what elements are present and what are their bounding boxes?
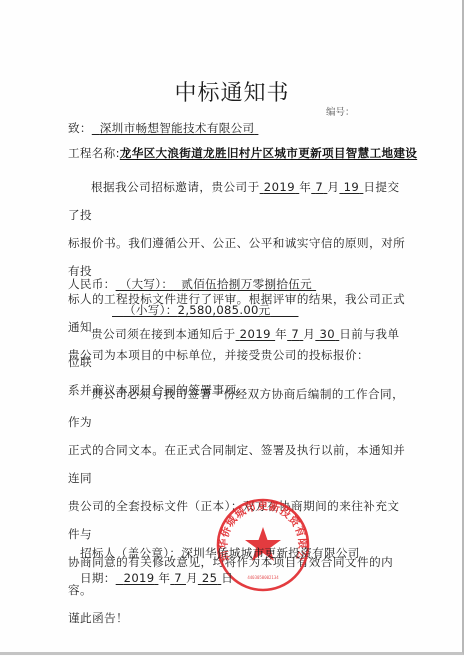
date-year: 2019 bbox=[116, 571, 159, 585]
deadline-day: 30 bbox=[315, 327, 339, 341]
deadline-month: 7 bbox=[287, 327, 303, 341]
project-label: 工程名称: bbox=[68, 146, 120, 160]
price-upper-line: 人民币： （大写）： 贰佰伍拾捌万零捌拾伍元 bbox=[68, 276, 316, 292]
deadline-year: 2019 bbox=[236, 327, 276, 341]
recipient-line: 致： 深圳市畅想智能技术有限公司 bbox=[68, 120, 258, 136]
date-day: 25 bbox=[198, 571, 221, 585]
page-title: 中标通知书 bbox=[0, 76, 464, 107]
svg-text:4403050002134: 4403050002134 bbox=[247, 575, 279, 580]
submit-month: 7 bbox=[311, 180, 327, 194]
recipient-company: 深圳市畅想智能技术有限公司 bbox=[92, 121, 259, 135]
serial-number-label: 编号： bbox=[326, 104, 355, 118]
signer-company: 深圳华侨城城市更新投资有限公司 bbox=[181, 546, 359, 560]
to-label: 致： bbox=[68, 121, 92, 135]
price-upper: （大写）： 贰佰伍拾捌万零捌拾伍元 bbox=[116, 277, 317, 291]
submit-year: 2019 bbox=[260, 180, 300, 194]
signer-line: 招标人（盖公章）：深圳华侨城城市更新投资有限公司 bbox=[80, 545, 360, 561]
closing-text: 谨此函告！ bbox=[68, 604, 408, 632]
price-lower: （小写）：2,580,085.00元 bbox=[112, 303, 298, 317]
project-line: 工程名称:龙华区大浪街道龙胜旧村片区城市更新项目智慧工地建设 bbox=[68, 145, 417, 161]
date-label: 日期： bbox=[80, 571, 116, 585]
submit-day: 19 bbox=[339, 180, 363, 194]
signer-label: 招标人（盖公章）： bbox=[80, 546, 181, 560]
document-page: 中标通知书 编号： 致： 深圳市畅想智能技术有限公司 工程名称:龙华区大浪街道龙… bbox=[0, 0, 464, 655]
currency-label: 人民币： bbox=[68, 277, 116, 291]
date-line: 日期： 2019 年 7 月 25 日 bbox=[80, 570, 233, 586]
project-name: 龙华区大浪街道龙胜旧村片区城市更新项目智慧工地建设 bbox=[120, 146, 417, 160]
date-month: 7 bbox=[170, 571, 186, 585]
price-lower-line: （小写）：2,580,085.00元 bbox=[112, 302, 298, 318]
